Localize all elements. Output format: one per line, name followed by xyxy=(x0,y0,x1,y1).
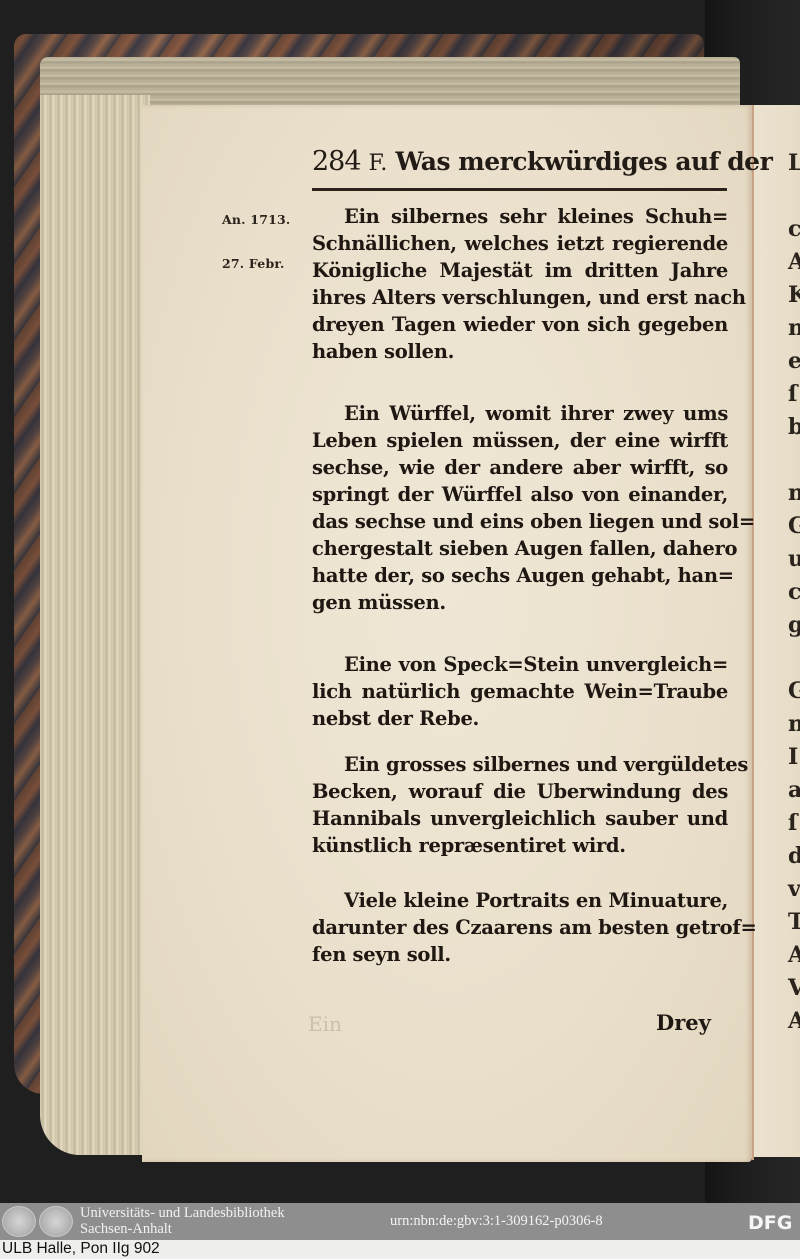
page-edges-left xyxy=(40,95,150,1155)
text-line: Viele kleine Portraits en Minuature, xyxy=(312,887,728,914)
library-name-line-2: Sachsen-Anhalt xyxy=(80,1221,285,1237)
text-line: Ein silbernes sehr kleines Schuh= xyxy=(312,203,728,230)
text-line: Eine von Speck=Stein unvergleich= xyxy=(312,651,728,678)
provider-footer-bar: Universitäts- und Landesbibliothek Sachs… xyxy=(0,1203,800,1240)
library-name-line-1: Universitäts- und Landesbibliothek xyxy=(80,1205,285,1221)
marginal-note-date: 27. Febr. xyxy=(222,256,285,271)
text-line: künstlich repræsentiret wird. xyxy=(312,832,728,859)
text-line: Hannibals unvergleichlich sauber und xyxy=(312,805,728,832)
text-line: sechse, wie der andere aber wirfft, so xyxy=(312,454,728,481)
dfg-logo-icon: DFG xyxy=(748,1212,792,1234)
text-line: nebst der Rebe. xyxy=(312,705,728,732)
paragraph-3: Eine von Speck=Stein unvergleich= lich n… xyxy=(312,651,728,732)
text-line: Schnällichen, welches ietzt regierende xyxy=(312,230,728,257)
text-line: das sechse und eins oben liegen und sol= xyxy=(312,508,728,535)
paragraph-2: Ein Würffel, womit ihrer zwey ums Leben … xyxy=(312,400,728,616)
facing-page-text-fragments: L c A K n e ſ b n G u c g G n I a ſ d v … xyxy=(788,147,800,1038)
shelfmark-caption: ULB Halle, Pon IIg 902 xyxy=(2,1240,160,1258)
text-line: darunter des Czaarens am besten getrof= xyxy=(312,914,728,941)
text-line: fen seyn soll. xyxy=(312,941,728,968)
book-scan-image: L c A K n e ſ b n G u c g G n I a ſ d v … xyxy=(0,0,800,1203)
library-name: Universitäts- und Landesbibliothek Sachs… xyxy=(80,1205,285,1237)
running-head-letter: F. xyxy=(369,151,388,176)
catchword: Drey xyxy=(656,1010,711,1035)
facing-page: L c A K n e ſ b n G u c g G n I a ſ d v … xyxy=(754,105,800,1157)
text-line: Königliche Majestät im dritten Jahre xyxy=(312,257,728,284)
marginal-note-year: An. 1713. xyxy=(222,212,290,227)
bleed-through-text: Ein xyxy=(308,1012,342,1036)
text-line: dreyen Tagen wieder von sich gegeben xyxy=(312,311,728,338)
text-line: hatte der, so sechs Augen gehabt, han= xyxy=(312,562,728,589)
library-seal-icon xyxy=(39,1206,73,1237)
paragraph-1: Ein silbernes sehr kleines Schuh= Schnäl… xyxy=(312,203,728,365)
running-head-title: Was merckwürdiges auf der xyxy=(395,147,772,176)
text-line: Ein Würffel, womit ihrer zwey ums xyxy=(312,400,728,427)
text-line: gen müssen. xyxy=(312,589,728,616)
page-number: 284 xyxy=(312,146,361,177)
paragraph-4: Ein grosses silbernes und vergüldetes Be… xyxy=(312,751,728,859)
text-line: haben sollen. xyxy=(312,338,728,365)
paragraph-5: Viele kleine Portraits en Minuature, dar… xyxy=(312,887,728,968)
library-seal-icon xyxy=(2,1206,36,1237)
running-head: 284 F. Was merckwürdiges auf der xyxy=(312,146,730,186)
text-line: chergestalt sieben Augen fallen, dahero xyxy=(312,535,728,562)
urn-identifier: urn:nbn:de:gbv:3:1-309162-p0306-8 xyxy=(390,1213,603,1230)
text-line: Ein grosses silbernes und vergüldetes xyxy=(312,751,728,778)
text-line: ihres Alters verschlungen, und erst nach xyxy=(312,284,728,311)
text-line: Becken, worauf die Uberwindung des xyxy=(312,778,728,805)
text-line: lich natürlich gemachte Wein=Traube xyxy=(312,678,728,705)
text-line: Leben spielen müssen, der eine wirfft xyxy=(312,427,728,454)
head-rule-divider xyxy=(312,188,727,194)
text-line: springt der Würffel also von einander, xyxy=(312,481,728,508)
